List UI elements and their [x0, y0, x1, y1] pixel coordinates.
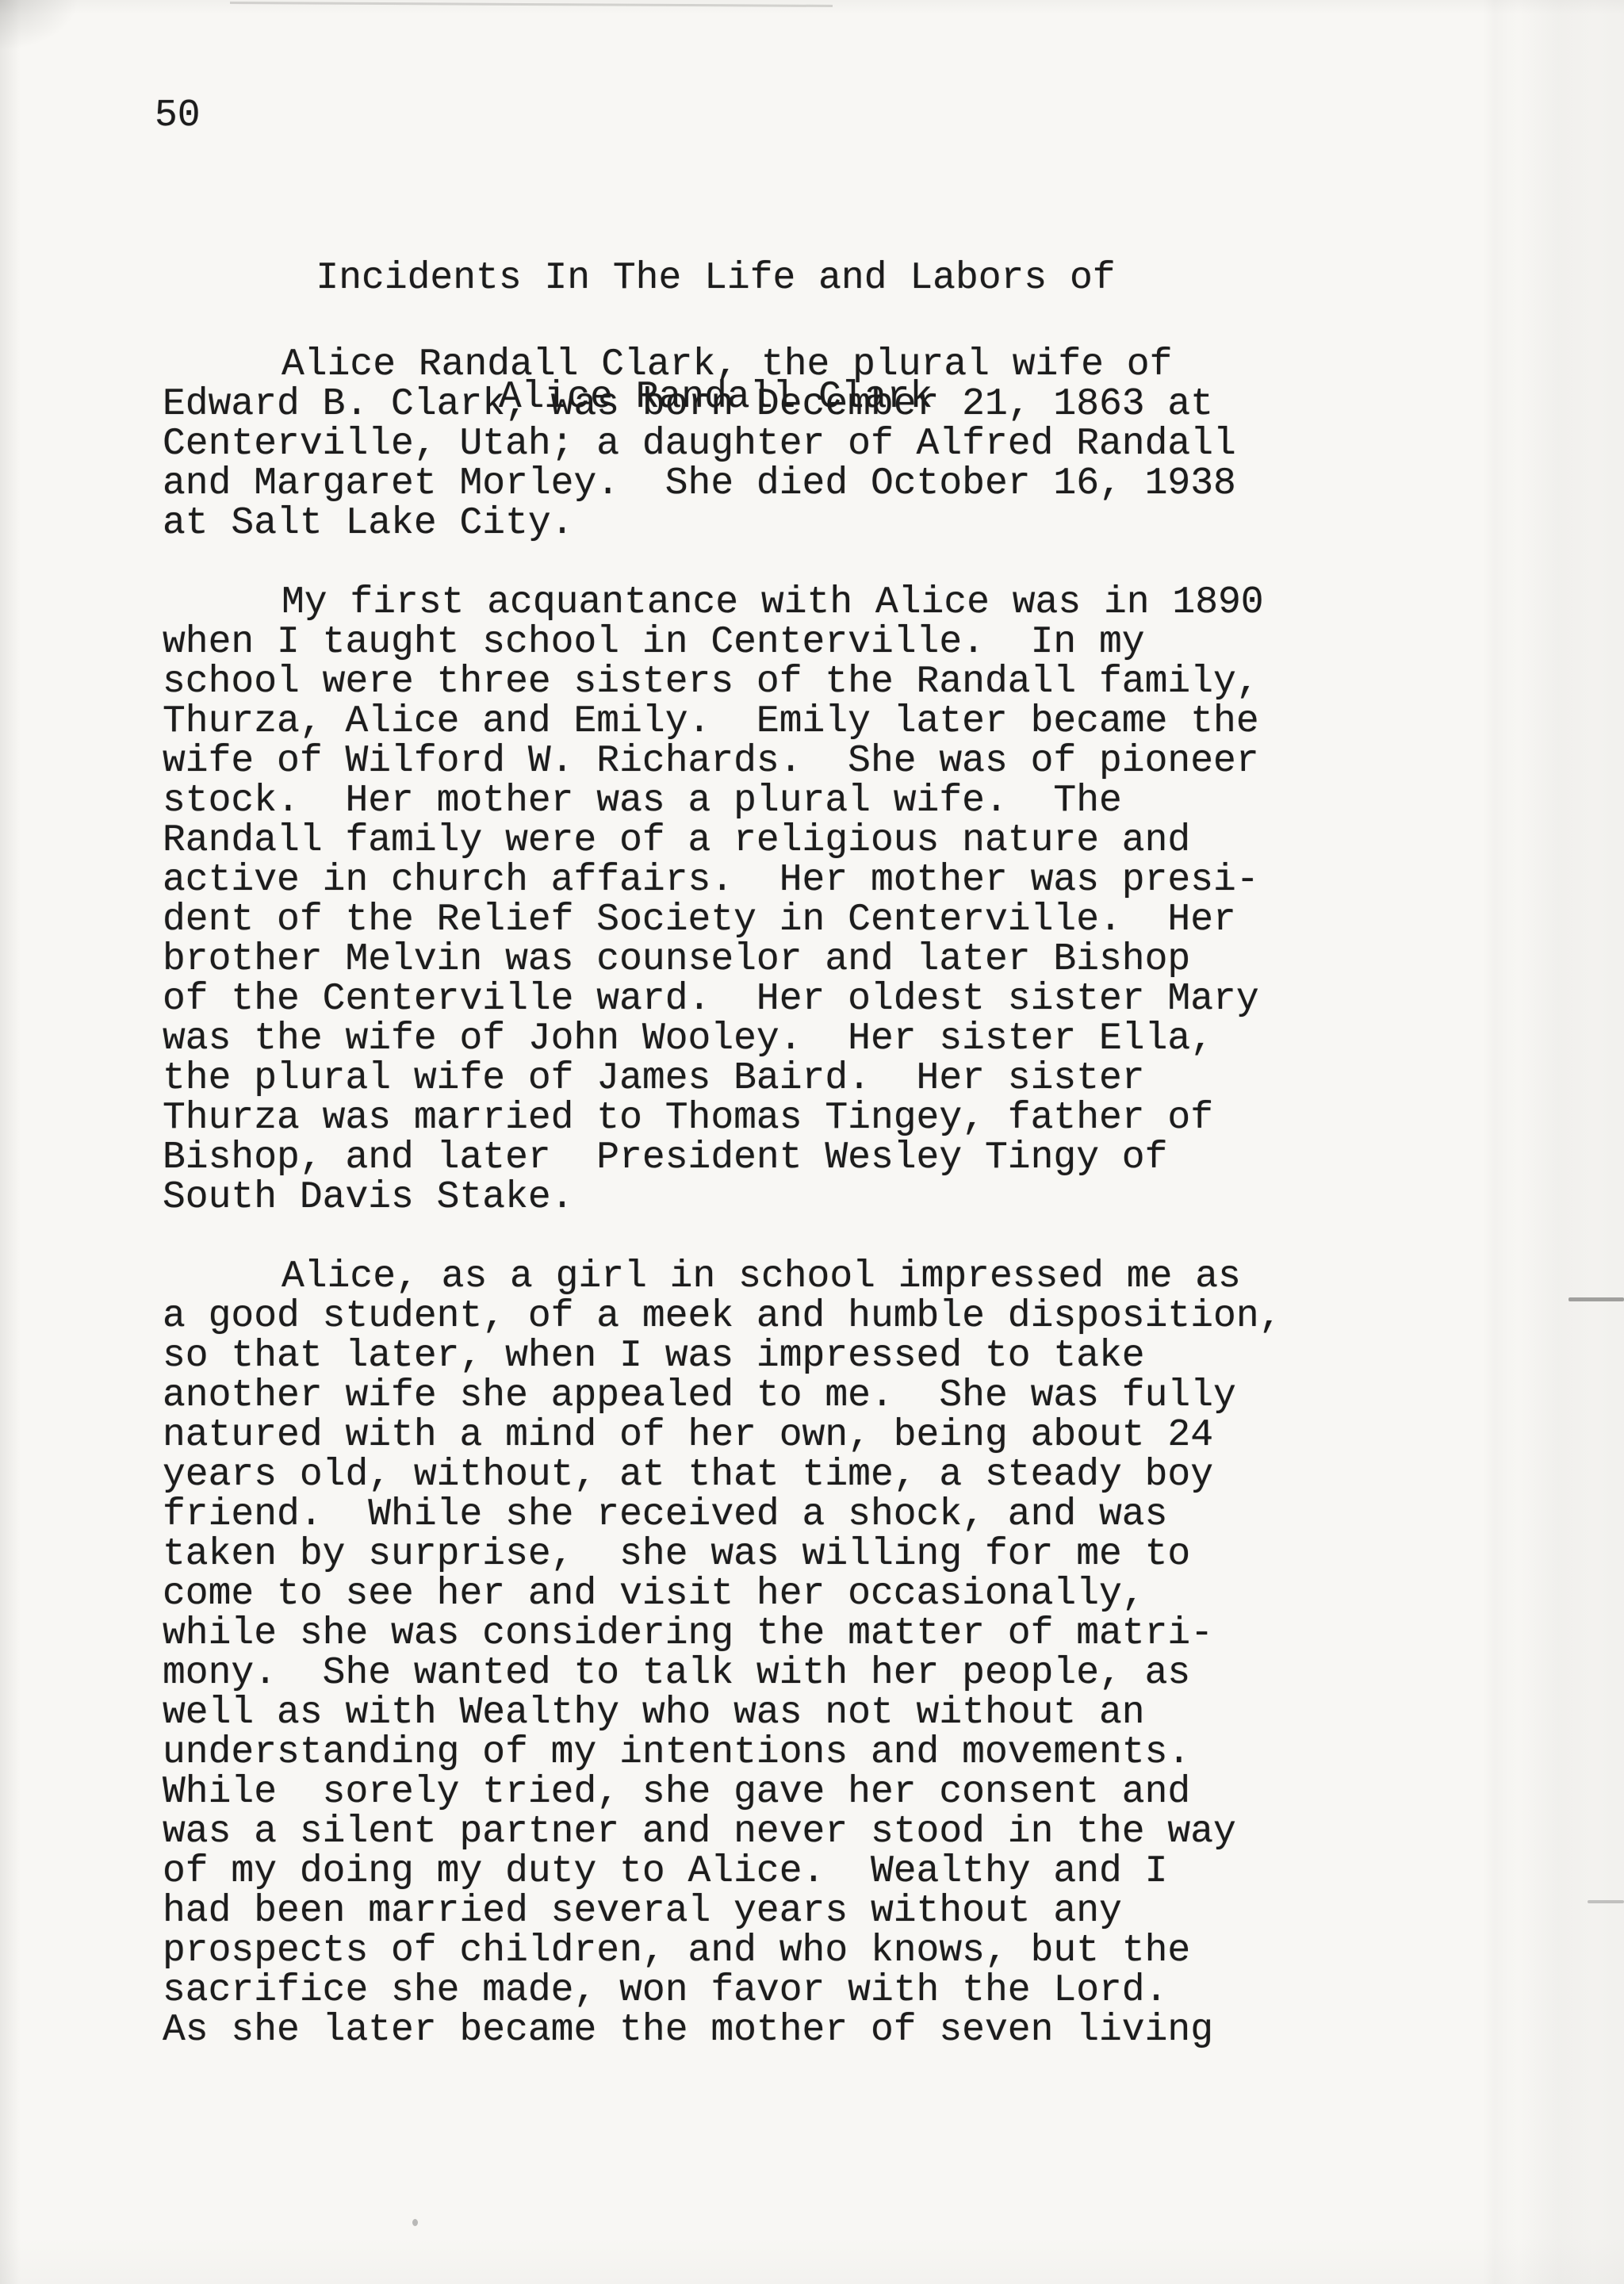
document-page: 50 Incidents In The Life and Labors of A…	[0, 0, 1624, 2284]
paragraph: Alice Randall Clark, the plural wife of …	[163, 345, 1511, 543]
scan-streak-artifact	[230, 2, 833, 7]
scan-dash-artifact	[1568, 1297, 1624, 1301]
paragraph: Alice, as a girl in school impressed me …	[163, 1257, 1511, 2050]
document-body: Alice Randall Clark, the plural wife of …	[163, 345, 1511, 2090]
paragraph: My first acquantance with Alice was in 1…	[163, 583, 1511, 1217]
scan-speck-artifact	[412, 2219, 418, 2226]
title-line-1: Incidents In The Life and Labors of	[163, 259, 1269, 298]
scan-dash-artifact	[1588, 1900, 1624, 1903]
page-number: 50	[155, 96, 201, 136]
